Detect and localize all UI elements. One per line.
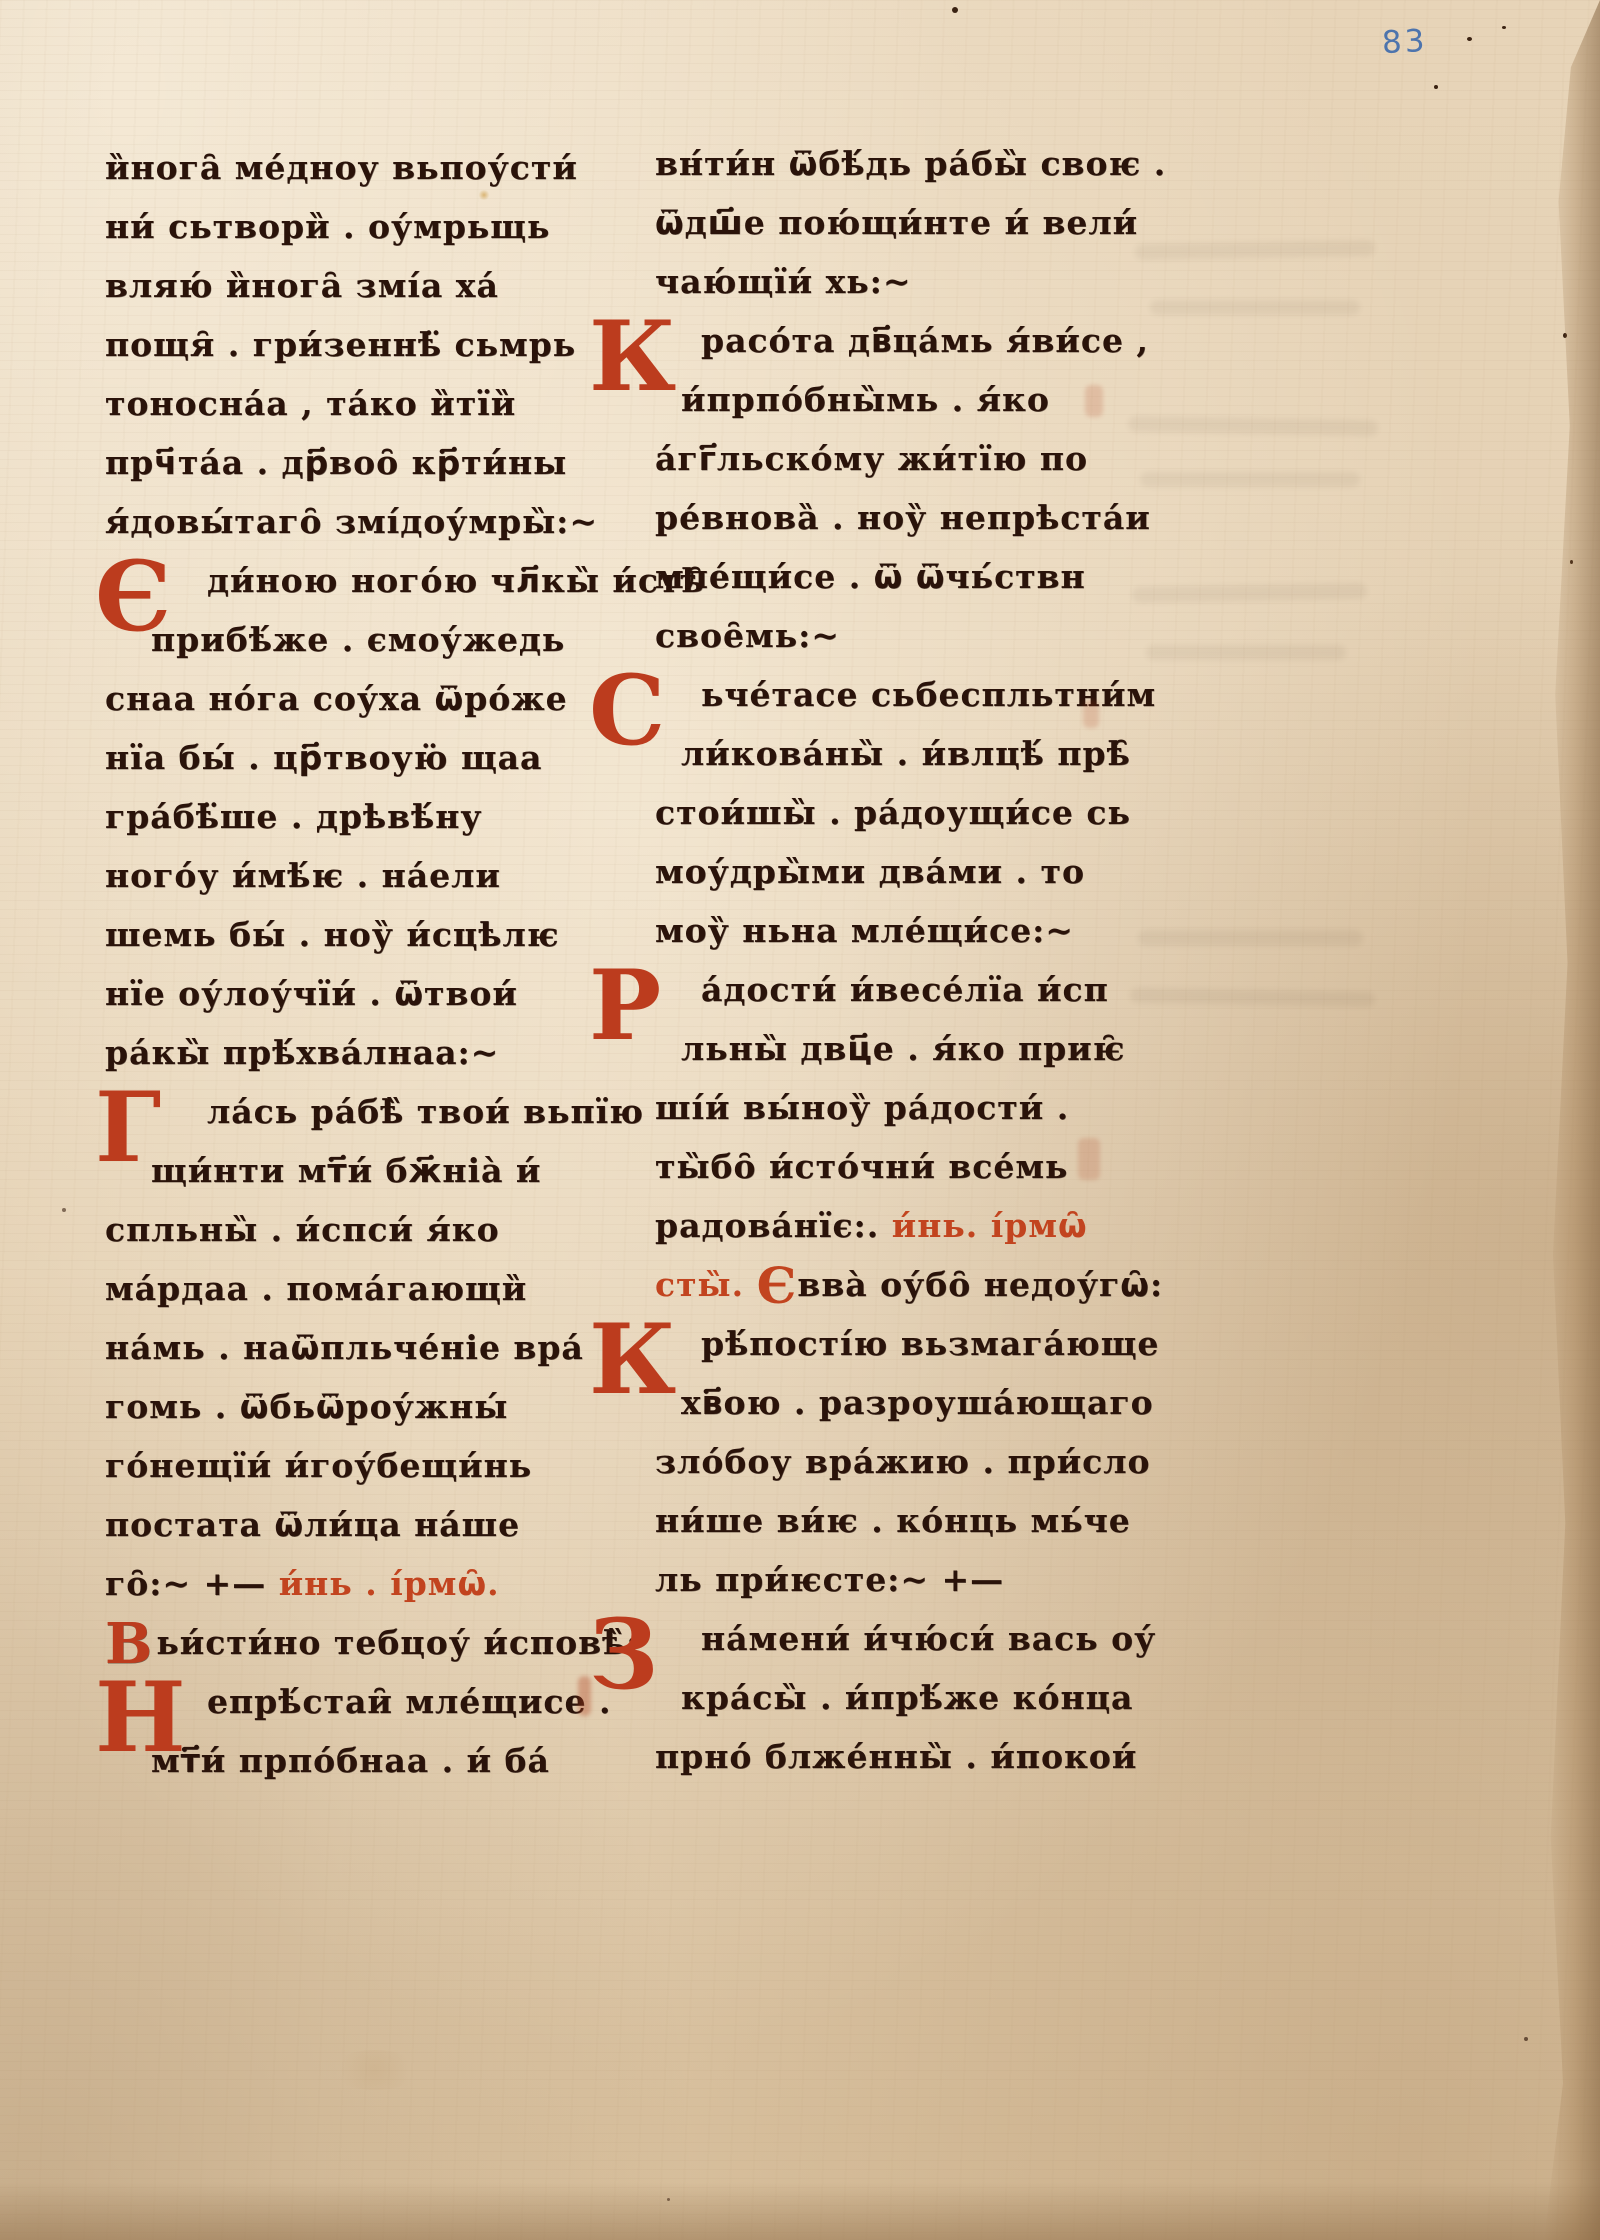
manuscript-line: льны̏ двц҃е . я́ко приѥ̑ [655,1021,1125,1080]
manuscript-line: Гла́сь ра́бѣ̏ твои́ вьпїю [105,1084,565,1143]
ink-speck [1434,85,1438,89]
body-text: прибѣ́же . ємоу́жедь [151,620,565,659]
body-text: го́нещїи́ и́гоу́бещи́нь [105,1446,532,1485]
ink-speck [667,2198,670,2201]
page-edge-bottom [0,2182,1600,2240]
manuscript-line: снаа но́га соу́ха ѿро́же [105,671,565,730]
body-text: прч҃та́а . др҃воо̑ кр҃ти́ны [105,443,567,482]
manuscript-line: пощя̑ . гри́зеннѣ̈ сьмрь [105,317,565,376]
manuscript-line: на́мь . наѿпльче́ніе вра́ [105,1320,565,1379]
body-text: я́довы́таго̑ змі́доу́мры̏:~ [105,502,598,541]
body-text: нїе оу́лоу́чїи́ . ѿтвои́ [105,974,518,1013]
manuscript-line: Крѣ́пості́ю вьзмага́юще [655,1316,1125,1375]
body-text: стои́шы̏ . ра́доущи́се сь [655,793,1131,832]
rubric-initial: К [589,311,677,403]
manuscript-line: ни́ сьтвори̏ . оу́мрьщь [105,199,565,258]
body-text: мле́щи́се . ѿ ѿчь́ствн [655,557,1086,596]
manuscript-line: ма́рдаа . пома́гающи̏ [105,1261,565,1320]
manuscript-line: стои́шы̏ . ра́доущи́се сь [655,785,1125,844]
rubric-initial: З [589,1609,659,1701]
ink-speck [1563,333,1567,338]
rubric-initial: К [589,1314,677,1406]
manuscript-line: прибѣ́же . ємоу́жедь [105,612,565,671]
ink-speck [1570,560,1573,564]
manuscript-line: спльны̏ . и́спси́ я́ко [105,1202,565,1261]
body-text: гра́бѣ̈ше . дрѣвѣ́ну [105,797,483,836]
manuscript-line: моу́дры̏ми два́ми . то [655,844,1125,903]
manuscript-line: сты̏. Євва̀ оу́бо̑ недоу́гѡ̑: [655,1257,1125,1316]
body-text: ни́ сьтвори̏ . оу́мрьщь [105,207,550,246]
bleedthrough-text [1132,583,1367,603]
ink-speck [1524,2037,1528,2041]
bleedthrough-text [1135,240,1375,260]
body-text: ла́сь ра́бѣ̏ твои́ вьпїю [207,1092,644,1131]
folio-number: 83 [1381,23,1428,61]
manuscript-page: 83 и̏нога̑ ме́дноу вьпоу́сти́ни́ сьтвори… [0,0,1600,2240]
bleedthrough-text [1130,988,1375,1007]
body-text: прно́ блже́нны̏ . и́покои́ [655,1737,1137,1776]
body-text: моу̏ ньна мле́щи́се:~ [655,911,1074,950]
body-text: а́дости́ и́весе́лїа и́сп [701,970,1109,1009]
manuscript-line: свое̑мь:~ [655,608,1125,667]
body-text: на́мени́ и́чю́си́ вась оу́ [701,1619,1156,1658]
text-column-right: вн́ти́н ѿбѣ́дь ра́бы̏ своѥ .ѿдш҃е пою́щи… [655,136,1125,1788]
manuscript-line: ли́кова́ны̏ . и́влцѣ́ прѣ̑ [655,726,1125,785]
manuscript-line: ші́и́ вы́ноу̏ ра́дости́ . [655,1080,1125,1139]
body-text: тоносна́а , та́ко и̏тїи̏ [105,384,516,423]
manuscript-line: го̑:~ +— и́нь . і́рмѡ̑. [105,1556,565,1615]
body-text: чаю́щїи́ хь:~ [655,262,912,301]
ink-speck [1502,26,1506,29]
manuscript-line: ного́у и́мѣ́ѥ . на́ели [105,848,565,907]
manuscript-line: Красо́та дв҃ца́мь я́ви́се , [655,313,1125,372]
body-text: епрѣ́стаи̑ мле́щисе . [207,1682,612,1721]
rubric-initial: Є [95,551,172,643]
body-text: ьи́сти́но тебцоу́ и́сповѣ̏: [156,1623,639,1662]
rubric-text: сты̏. [655,1265,757,1304]
manuscript-line: го́нещїи́ и́гоу́бещи́нь [105,1438,565,1497]
ink-speck [952,7,958,13]
rubric-initial: Р [589,960,662,1052]
body-text: ре́внова̏ . ноу̏ непрѣста́и [655,498,1151,537]
manuscript-line: тоносна́а , та́ко и̏тїи̏ [105,376,565,435]
manuscript-line: гра́бѣ̈ше . дрѣвѣ́ну [105,789,565,848]
manuscript-line: Зна́мени́ и́чю́си́ вась оу́ [655,1611,1125,1670]
manuscript-line: прно́ блже́нны̏ . и́покои́ [655,1729,1125,1788]
manuscript-line: чаю́щїи́ хь:~ [655,254,1125,313]
manuscript-line: нїа бы́ . цр҃твоую̈ щаа [105,730,565,789]
page-edge-right [1544,0,1600,2240]
body-text: моу́дры̏ми два́ми . то [655,852,1085,891]
body-text: расо́та дв҃ца́мь я́ви́се , [701,321,1149,360]
body-text: шемь бы́ . ноу̏ и́сцѣлѥ [105,915,560,954]
body-text: вляю́ и̏нога̑ змі́а ха́ [105,266,499,305]
manuscript-line: а́гг҃льско́му жи́тїю по [655,431,1125,490]
manuscript-line: Ра́дости́ и́весе́лїа и́сп [655,962,1125,1021]
body-text: ты̏бо̑ и́сто́чни́ все́мь [655,1147,1068,1186]
body-text: на́мь . наѿпльче́ніе вра́ [105,1328,584,1367]
manuscript-line: я́довы́таго̑ змі́доу́мры̏:~ [105,494,565,553]
manuscript-line: радова́нїє:. и́нь. і́рмѡ̑ [655,1198,1125,1257]
manuscript-line: Непрѣ́стаи̑ мле́щисе . [105,1674,565,1733]
manuscript-line: ни́ше ви́ѥ . ко́нць мь́че [655,1493,1125,1552]
text-column-left: и̏нога̑ ме́дноу вьпоу́сти́ни́ сьтвори̏ .… [105,140,565,1792]
body-text: ли́кова́ны̏ . и́влцѣ́ прѣ̑ [681,734,1131,773]
body-text: гомь . ѿбьѿроу́жны́ [105,1387,508,1426]
body-text: ного́у и́мѣ́ѥ . на́ели [105,856,501,895]
rubric-initial: Г [95,1082,162,1174]
body-text: го̑:~ +— [105,1564,279,1603]
manuscript-line: ты̏бо̑ и́сто́чни́ все́мь [655,1139,1125,1198]
body-text: радова́нїє:. [655,1206,892,1245]
manuscript-line: вляю́ и̏нога̑ змі́а ха́ [105,258,565,317]
manuscript-line: постата ѿли́ца на́ше [105,1497,565,1556]
manuscript-line: хв҃ою . разроуша́ющаго [655,1375,1125,1434]
body-text: ѿдш҃е пою́щи́нте и́ вели́ [655,203,1138,242]
body-text: снаа но́га соу́ха ѿро́же [105,679,568,718]
body-text: ші́и́ вы́ноу̏ ра́дости́ . [655,1088,1069,1127]
body-text: льны̏ двц҃е . я́ко приѥ̑ [681,1029,1125,1068]
body-text: а́гг҃льско́му жи́тїю по [655,439,1088,478]
ink-speck [1467,37,1472,41]
body-text: вн́ти́н ѿбѣ́дь ра́бы̏ своѥ . [655,144,1166,183]
bleedthrough-text [1150,300,1360,315]
body-text: спльны̏ . и́спси́ я́ко [105,1210,500,1249]
manuscript-line: прч҃та́а . др҃воо̑ кр҃ти́ны [105,435,565,494]
bleedthrough-text [1138,930,1363,946]
body-text: хв҃ою . разроуша́ющаго [681,1383,1154,1422]
body-text: постата ѿли́ца на́ше [105,1505,520,1544]
body-text: вва̀ оу́бо̑ недоу́гѡ̑: [797,1265,1163,1304]
body-text: рѣ́пості́ю вьзмага́юще [701,1324,1159,1363]
manuscript-line: мле́щи́се . ѿ ѿчь́ствн [655,549,1125,608]
body-text: нїа бы́ . цр҃твоую̈ щаа [105,738,542,777]
body-text: и́прпо́бны̏мь . я́ко [681,380,1050,419]
rubric-text: и́нь. і́рмѡ̑ [892,1206,1088,1245]
rubric-initial: Н [95,1672,187,1764]
rubric-text: Є [757,1256,798,1315]
manuscript-line: нїе оу́лоу́чїи́ . ѿтвои́ [105,966,565,1025]
body-text: кра́сы̏ . и́прѣ́же ко́нца [681,1678,1133,1717]
body-text: ьче́тасе сьбеспльтни́м [701,675,1156,714]
body-text: щи́нти мт҃и́ бж҃ніа̀ и́ [151,1151,541,1190]
bleedthrough-text [1128,416,1378,436]
manuscript-line: Єди́ною ного́ю чл҃кы̏ и́стѣ̑ [105,553,565,612]
manuscript-line: гомь . ѿбьѿроу́жны́ [105,1379,565,1438]
body-text: пощя̑ . гри́зеннѣ̈ сьмрь [105,325,576,364]
body-text: и̏нога̑ ме́дноу вьпоу́сти́ [105,148,578,187]
parchment-stain [330,2050,420,2090]
manuscript-line: кра́сы̏ . и́прѣ́же ко́нца [655,1670,1125,1729]
manuscript-line: щи́нти мт҃и́ бж҃ніа̀ и́ [105,1143,565,1202]
manuscript-line: ре́внова̏ . ноу̏ непрѣста́и [655,490,1125,549]
manuscript-line: и́прпо́бны̏мь . я́ко [655,372,1125,431]
manuscript-line: ра́кы̏ прѣ́хва́лнаа:~ [105,1025,565,1084]
manuscript-line: ль при́ѥсте:~ +— [655,1552,1125,1611]
bleedthrough-text [1140,472,1360,487]
body-text: свое̑мь:~ [655,616,840,655]
rubric-initial: С [589,665,666,757]
body-text: зло́боу вра́жию . при́сло [655,1442,1151,1481]
body-text: мт҃и́ прпо́бнаа . и́ ба́ [151,1741,550,1780]
body-text: ра́кы̏ прѣ́хва́лнаа:~ [105,1033,499,1072]
manuscript-line: и̏нога̑ ме́дноу вьпоу́сти́ [105,140,565,199]
body-text: ни́ше ви́ѥ . ко́нць мь́че [655,1501,1131,1540]
bleedthrough-text [1146,645,1346,660]
manuscript-line: Сьче́тасе сьбеспльтни́м [655,667,1125,726]
body-text: ль при́ѥсте:~ +— [655,1560,1004,1599]
manuscript-line: шемь бы́ . ноу̏ и́сцѣлѥ [105,907,565,966]
manuscript-line: зло́боу вра́жию . при́сло [655,1434,1125,1493]
rubric-text: и́нь . і́рмѡ̑. [279,1564,500,1603]
ink-speck [62,1208,66,1212]
body-text: ма́рдаа . пома́гающи̏ [105,1269,527,1308]
manuscript-line: ѿдш҃е пою́щи́нте и́ вели́ [655,195,1125,254]
body-text: ди́ною ного́ю чл҃кы̏ и́стѣ̑ [207,561,705,600]
manuscript-line: вн́ти́н ѿбѣ́дь ра́бы̏ своѥ . [655,136,1125,195]
manuscript-line: моу̏ ньна мле́щи́се:~ [655,903,1125,962]
